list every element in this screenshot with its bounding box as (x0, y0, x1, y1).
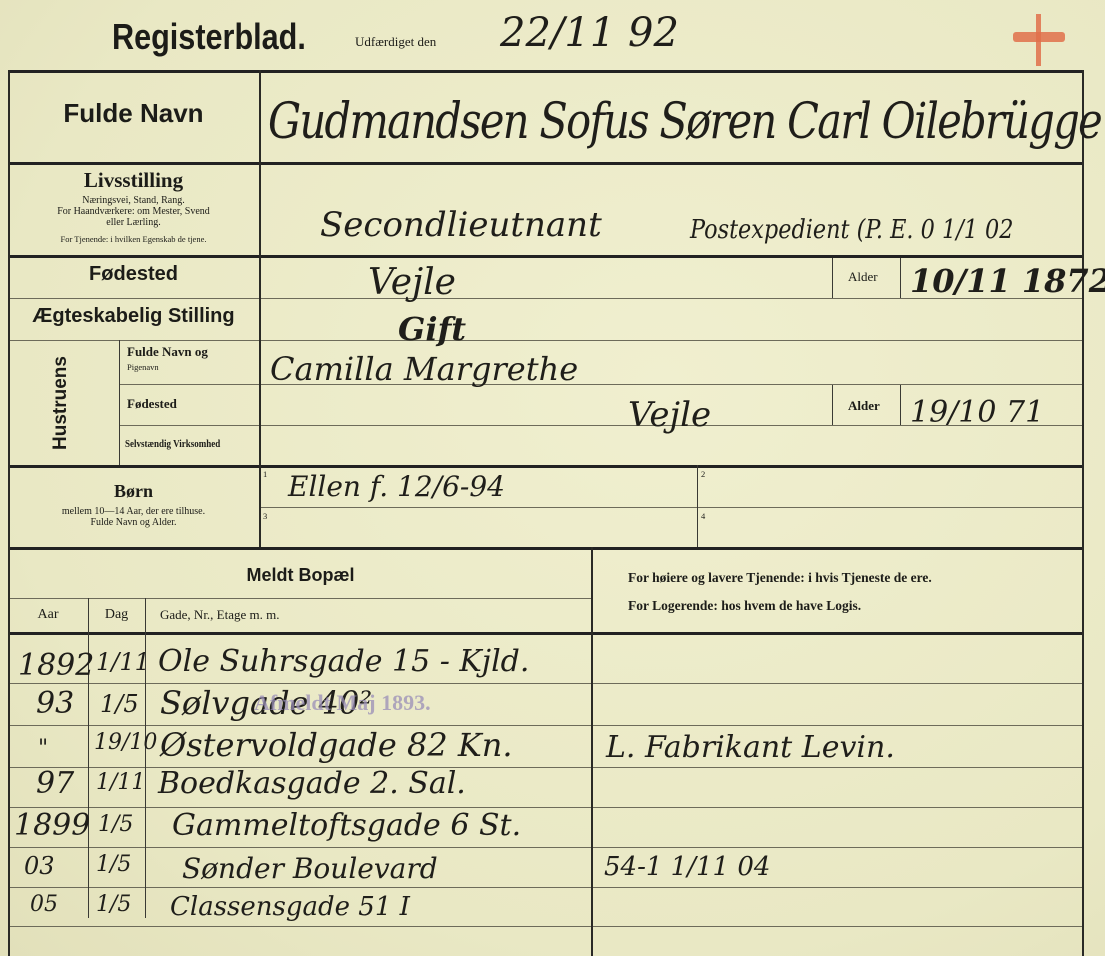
residence-street: Boedkasgade 2. Sal. (158, 766, 466, 801)
divider (8, 598, 593, 599)
label-wife-name: Fulde Navn og (127, 344, 208, 360)
issued-label: Udfærdiget den (355, 34, 436, 50)
label-occupation-sub3: eller Lærling. (8, 217, 259, 228)
residence-street: Gammeltoftsgade 6 St. (172, 808, 521, 843)
label-wife-business: Selvstændig Virksomhed (125, 440, 220, 450)
entry-wife-name: Camilla Margrethe (270, 350, 578, 388)
entry-occupation-note: Postexpedient (P. E. 0 1/1 02 (690, 215, 1014, 245)
residence-street: Sønder Boulevard (182, 852, 438, 885)
label-occupation-sub4: For Tjenende: i hvilken Egenskab de tjen… (8, 234, 259, 244)
divider (8, 632, 1084, 635)
residence-day: 1/5 (96, 892, 131, 917)
divider (260, 507, 1084, 508)
label-wife-name-sub: Pigenavn (127, 362, 159, 372)
label-birthplace: Fødested (8, 263, 259, 286)
residence-landlord: L. Fabrikant Levin. (606, 730, 895, 765)
entry-occupation: Secondlieutnant (320, 205, 602, 245)
entry-marital: Gift (398, 310, 466, 348)
residence-year: " (38, 736, 48, 761)
issued-date: 22/11 92 (500, 10, 679, 56)
divider (8, 547, 1084, 550)
deregistration-stamp: Afmeldt Maj 1893. (254, 690, 431, 716)
label-age: Alder (848, 269, 878, 285)
child-number-4: 4 (701, 511, 705, 521)
label-full-name: Fulde Navn (8, 98, 259, 129)
label-marital: Ægteskabelig Stilling (8, 305, 259, 328)
residence-street: Østervoldgade 82 Kn. (160, 726, 513, 764)
card-title: Registerblad. (112, 16, 306, 58)
child-number-1: 1 (263, 469, 267, 479)
residence-year: 03 (24, 852, 55, 880)
residence-landlord: 54-1 1/11 04 (604, 852, 770, 882)
entry-birth-date: 10/11 1872 (910, 262, 1105, 300)
entry-full-name: Gudmandsen Sofus Søren Carl Oilebrügge (268, 92, 1101, 150)
servants-note-2: For Logerende: hos hvem de have Logis. (628, 598, 861, 614)
label-occupation-sub1: Næringsvei, Stand, Rang. (8, 195, 259, 206)
entry-wife-birth-date: 19/10 71 (910, 395, 1044, 430)
label-occupation-sub2: For Haandværkere: om Mester, Svend (8, 206, 259, 217)
residence-year: 93 (36, 686, 74, 721)
divider (120, 384, 1084, 385)
label-wife-vertical: Hustruens (50, 338, 72, 468)
entry-wife-birthplace: Vejle (628, 395, 711, 435)
child-entry-1: Ellen f. 12/6-94 (288, 470, 505, 503)
residence-year: 1892 (18, 648, 94, 683)
divider (8, 340, 1084, 341)
residence-title: Meldt Bopæl (8, 565, 593, 586)
register-card: Registerblad. Udfærdiget den 22/11 92 Fu… (0, 0, 1105, 956)
divider (8, 162, 1084, 165)
servants-note-1: For høiere og lavere Tjenende: i hvis Tj… (628, 570, 932, 586)
entry-birthplace: Vejle (368, 262, 456, 303)
label-wife-age: Alder (848, 398, 880, 414)
child-number-2: 2 (701, 469, 705, 479)
residence-day: 1/5 (98, 812, 133, 837)
residence-day: 1/5 (100, 690, 139, 718)
divider (8, 465, 1084, 468)
residence-year: 05 (30, 892, 58, 917)
col-year: Aar (8, 607, 88, 623)
col-day: Dag (88, 607, 145, 623)
residence-street: Classensgade 51 I (170, 892, 410, 922)
residence-day: 1/5 (96, 852, 131, 877)
residence-year: 97 (36, 766, 74, 801)
divider (8, 255, 1084, 258)
residence-day: 19/10 (94, 730, 157, 755)
label-children-sub2: Fulde Navn og Alder. (8, 517, 259, 528)
label-occupation: Livsstilling (8, 168, 259, 193)
label-children-sub1: mellem 10—14 Aar, der ere tilhuse. (8, 506, 259, 517)
child-number-3: 3 (263, 511, 267, 521)
residence-day: 1/11 (96, 648, 150, 676)
label-wife-birthplace: Fødested (127, 396, 177, 412)
divider (8, 70, 1084, 73)
residence-year: 1899 (14, 808, 90, 843)
col-street: Gade, Nr., Etage m. m. (160, 607, 280, 623)
label-children: Børn (8, 481, 259, 502)
red-cross-mark-vertical (1036, 14, 1041, 66)
residence-street: Ole Suhrsgade 15 - Kjld. (158, 644, 529, 679)
residence-day: 1/11 (96, 770, 145, 795)
